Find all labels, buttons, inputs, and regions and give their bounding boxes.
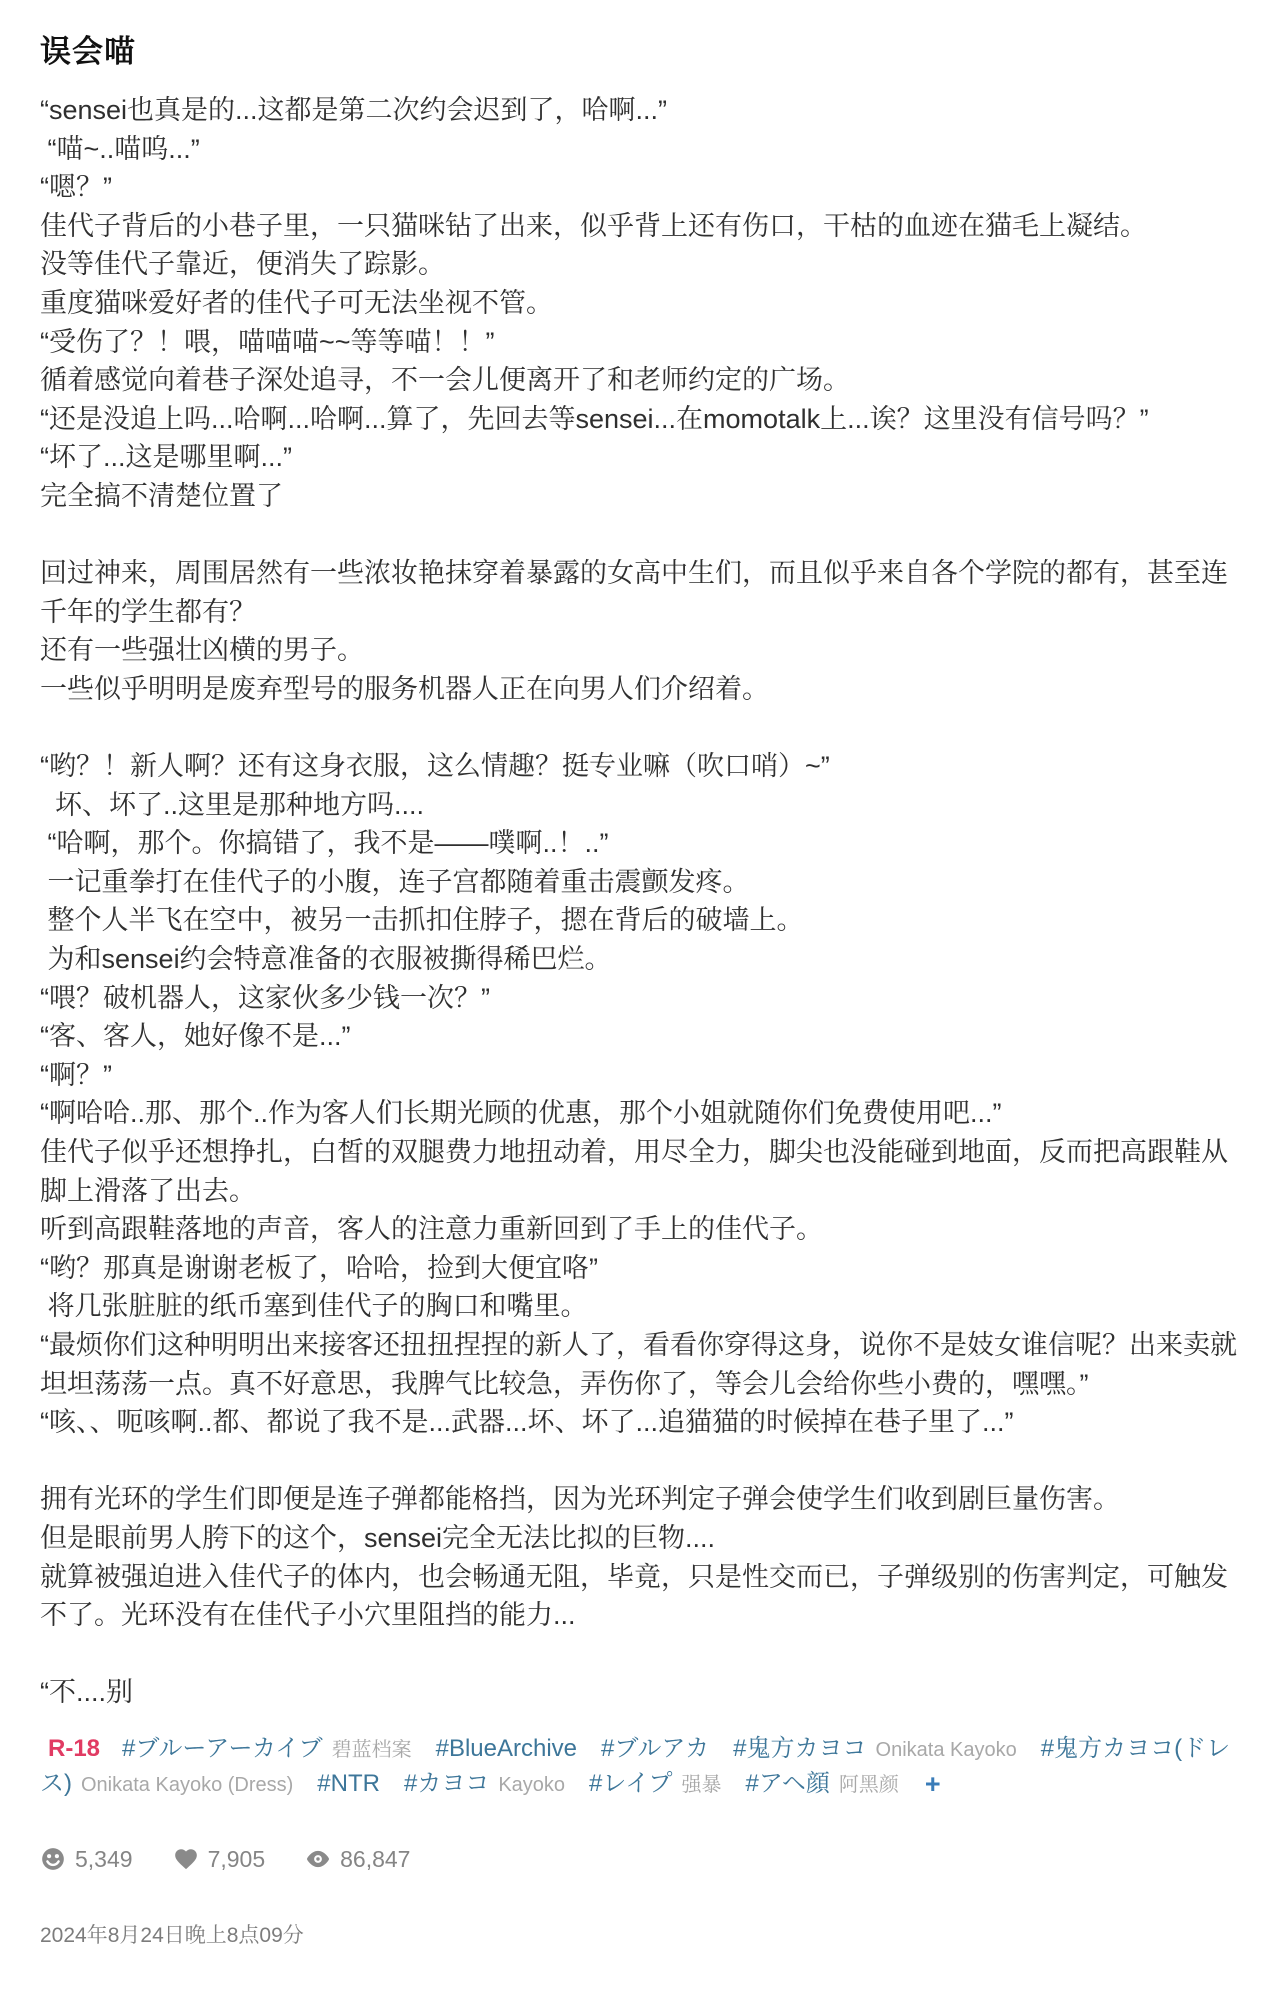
story-line: “坏了...这是哪里啊...” (40, 438, 1242, 477)
story-line: “啊哈哈..那、那个..作为客人们长期光顾的优惠，那个小姐就随你们免费使用吧..… (40, 1094, 1242, 1133)
story-line: 就算被强迫进入佳代子的体内，也会畅通无阻，毕竟，只是性交而已，子弹级别的伤害判定… (40, 1558, 1242, 1635)
tag-link[interactable]: #アヘ顔 (745, 1770, 829, 1797)
story-line: “受伤了？！喂，喵喵喵~~等等喵！！” (40, 323, 1242, 362)
story-line: 重度猫咪爱好者的佳代子可无法坐视不管。 (40, 284, 1242, 323)
story-line: “哈啊，那个。你搞错了，我不是——噗啊..！..” (40, 824, 1242, 863)
story-line: “哟？那真是谢谢老板了，哈哈，捡到大便宜咯” (40, 1249, 1242, 1288)
stats-bar: 5,349 7,905 86,847 (40, 1846, 1242, 1873)
story-line: “咳、、呃咳啊..都、都说了我不是...武器...坏、坏了...追猫猫的时候掉在… (40, 1403, 1242, 1442)
tag-link[interactable]: #ブルアカ (601, 1735, 709, 1762)
bookmark-count: 7,905 (208, 1846, 266, 1873)
tag-list: #ブルーアーカイブ碧蓝档案#BlueArchive#ブルアカ#鬼方カヨコOnik… (40, 1735, 1230, 1797)
story-line: 拥有光环的学生们即便是连子弹都能格挡，因为光环判定子弹会使学生们收到剧巨量伤害。 (40, 1480, 1242, 1519)
story-line: 一些似乎明明是废弃型号的服务机器人正在向男人们介绍着。 (40, 670, 1242, 709)
tag-translation: 阿黑颜 (839, 1774, 899, 1796)
story-line: “客、客人，她好像不是...” (40, 1017, 1242, 1056)
story-line: “啊？” (40, 1056, 1242, 1095)
story-line: 坏、坏了..这里是那种地方吗.... (40, 786, 1242, 825)
story-line: “sensei也真是的...这都是第二次约会迟到了，哈啊...” (40, 91, 1242, 130)
story-line: 听到高跟鞋落地的声音，客人的注意力重新回到了手上的佳代子。 (40, 1210, 1242, 1249)
bookmark-stat[interactable]: 7,905 (173, 1846, 266, 1873)
novel-page: 误会喵 “sensei也真是的...这都是第二次约会迟到了，哈啊...” “喵~… (0, 0, 1280, 1989)
story-line: “最烦你们这种明明出来接客还扭扭捏捏的新人了，看看你穿得这身，说你不是妓女谁信呢… (40, 1326, 1242, 1403)
posted-date: 2024年8月24日晚上8点09分 (40, 1919, 1242, 1949)
reaction-stat[interactable]: 5,349 (40, 1846, 133, 1873)
tag-link[interactable]: #レイプ (589, 1770, 672, 1797)
views-stat: 86,847 (305, 1846, 410, 1873)
tag-link[interactable]: #カヨコ (404, 1770, 489, 1797)
story-line (40, 709, 1242, 748)
story-line: “哟？！新人啊？还有这身衣服，这么情趣？挺专业嘛（吹口哨）~” (40, 747, 1242, 786)
story-line: 还有一些强壮凶横的男子。 (40, 631, 1242, 670)
eye-icon (305, 1846, 331, 1872)
tag-link[interactable]: #鬼方カヨコ (733, 1735, 866, 1762)
story-line: 将几张脏脏的纸币塞到佳代子的胸口和嘴里。 (40, 1287, 1242, 1326)
story-line (40, 516, 1242, 555)
story-line: “不....别 (40, 1673, 1242, 1712)
tag-translation: Kayoko (498, 1774, 565, 1796)
story-line: “还是没追上吗...哈啊...哈啊...算了，先回去等sensei...在mom… (40, 400, 1242, 439)
story-line: 佳代子似乎还想挣扎，白皙的双腿费力地扭动着，用尽全力，脚尖也没能碰到地面，反而把… (40, 1133, 1242, 1210)
add-tag-button[interactable]: + (925, 1769, 941, 1800)
tags-section: R-18#ブルーアーカイブ碧蓝档案#BlueArchive#ブルアカ#鬼方カヨコ… (40, 1732, 1242, 1802)
story-line: 没等佳代子靠近，便消失了踪影。 (40, 245, 1242, 284)
tag-link[interactable]: #NTR (317, 1770, 380, 1797)
rating-badge[interactable]: R-18 (48, 1735, 100, 1762)
view-count: 86,847 (340, 1846, 410, 1873)
story-line: 循着感觉向着巷子深处追寻，不一会儿便离开了和老师约定的广场。 (40, 361, 1242, 400)
tag-translation: 碧蓝档案 (332, 1739, 412, 1761)
tag-translation: 强暴 (681, 1774, 721, 1796)
story-line: 佳代子背后的小巷子里，一只猫咪钻了出来，似乎背上还有伤口，干枯的血迹在猫毛上凝结… (40, 207, 1242, 246)
story-line: “喂？破机器人，这家伙多少钱一次？” (40, 979, 1242, 1018)
story-line: 整个人半飞在空中，被另一击抓扣住脖子，摁在背后的破墙上。 (40, 901, 1242, 940)
story-body: “sensei也真是的...这都是第二次约会迟到了，哈啊...” “喵~..喵呜… (40, 91, 1242, 1712)
story-line: 一记重拳打在佳代子的小腹，连子宫都随着重击震颤发疼。 (40, 863, 1242, 902)
tag-translation: Onikata Kayoko (Dress) (81, 1774, 293, 1796)
reaction-count: 5,349 (75, 1846, 133, 1873)
story-line: “喵~..喵呜...” (40, 130, 1242, 169)
tag-link[interactable]: #BlueArchive (436, 1735, 577, 1762)
story-line (40, 1442, 1242, 1481)
smiley-icon[interactable] (40, 1846, 66, 1872)
story-line: 回过神来，周围居然有一些浓妆艳抹穿着暴露的女高中生们，而且似乎来自各个学院的都有… (40, 554, 1242, 631)
story-line: 但是眼前男人胯下的这个，sensei完全无法比拟的巨物.... (40, 1519, 1242, 1558)
tag-translation: Onikata Kayoko (876, 1739, 1017, 1761)
story-line: 为和sensei约会特意准备的衣服被撕得稀巴烂。 (40, 940, 1242, 979)
tag-link[interactable]: #ブルーアーカイブ (122, 1735, 323, 1762)
heart-icon[interactable] (173, 1846, 199, 1872)
story-line (40, 1635, 1242, 1674)
story-line: 完全搞不清楚位置了 (40, 477, 1242, 516)
story-line: “嗯？” (40, 168, 1242, 207)
page-title: 误会喵 (40, 26, 1242, 71)
